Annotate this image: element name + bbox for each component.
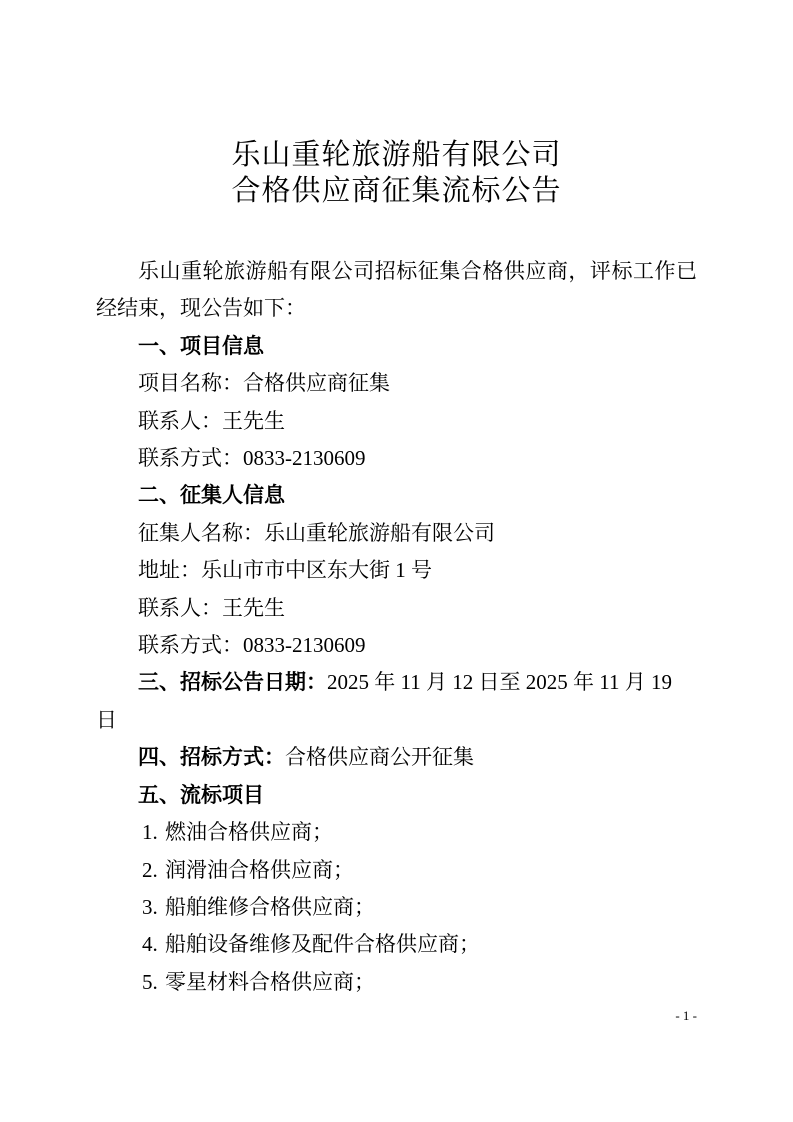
page-content: 乐山重轮旅游船有限公司 合格供应商征集流标公告 乐山重轮旅游船有限公司招标征集合… [96,137,697,1001]
project-phone-line: 联系方式：0833-2130609 [96,440,697,477]
page-number-footer: - 1 - [675,1008,697,1024]
list-item: 1.燃油合格供应商； [96,814,697,851]
bid-date-label: 三、招标公告日期： [138,670,327,694]
list-item-text: 零星材料合格供应商； [165,970,375,994]
section-5-heading: 五、流标项目 [96,777,697,814]
list-item-marker: 3. [142,889,165,926]
collector-address-line: 地址：乐山市市中区东大街 1 号 [96,552,697,589]
list-item-marker: 2. [142,852,165,889]
project-name-line: 项目名称：合格供应商征集 [96,365,697,402]
bid-method-label: 四、招标方式： [138,745,285,769]
list-item-text: 船舶设备维修及配件合格供应商； [165,932,480,956]
list-item-text: 船舶维修合格供应商； [165,895,375,919]
list-item: 4.船舶设备维修及配件合格供应商； [96,926,697,963]
bid-method-value: 合格供应商公开征集 [285,745,474,769]
list-item: 5.零星材料合格供应商； [96,964,697,1001]
section-1-heading: 一、项目信息 [96,328,697,365]
bid-date-value: 2025 年 11 月 12 日至 2025 年 11 月 19 [327,670,672,694]
collector-contact-line: 联系人：王先生 [96,590,697,627]
list-item-marker: 1. [142,814,165,851]
doc-title: 乐山重轮旅游船有限公司 合格供应商征集流标公告 [96,137,697,209]
collector-phone-line: 联系方式：0833-2130609 [96,627,697,664]
section-4-line: 四、招标方式：合格供应商公开征集 [96,739,697,776]
doc-body: 乐山重轮旅游船有限公司招标征集合格供应商，评标工作已经结束，现公告如下： 一、项… [96,253,697,1001]
section-3-line: 三、招标公告日期：2025 年 11 月 12 日至 2025 年 11 月 1… [96,664,697,701]
doc-title-line-2: 合格供应商征集流标公告 [96,173,697,209]
list-item-text: 润滑油合格供应商； [165,858,354,882]
list-item: 3.船舶维修合格供应商； [96,889,697,926]
collector-name-line: 征集人名称：乐山重轮旅游船有限公司 [96,515,697,552]
project-contact-line: 联系人：王先生 [96,403,697,440]
list-item: 2.润滑油合格供应商； [96,852,697,889]
list-item-text: 燃油合格供应商； [165,820,333,844]
bid-date-continuation-line: 日 [96,702,697,739]
list-item-marker: 5. [142,964,165,1001]
document-page: 乐山重轮旅游船有限公司 合格供应商征集流标公告 乐山重轮旅游船有限公司招标征集合… [0,0,793,1122]
intro-paragraph: 乐山重轮旅游船有限公司招标征集合格供应商，评标工作已经结束，现公告如下： [96,253,697,328]
list-item-marker: 4. [142,926,165,963]
section-2-heading: 二、征集人信息 [96,477,697,514]
failed-items-list: 1.燃油合格供应商； 2.润滑油合格供应商； 3.船舶维修合格供应商； 4.船舶… [96,814,697,1001]
doc-title-line-1: 乐山重轮旅游船有限公司 [96,137,697,173]
